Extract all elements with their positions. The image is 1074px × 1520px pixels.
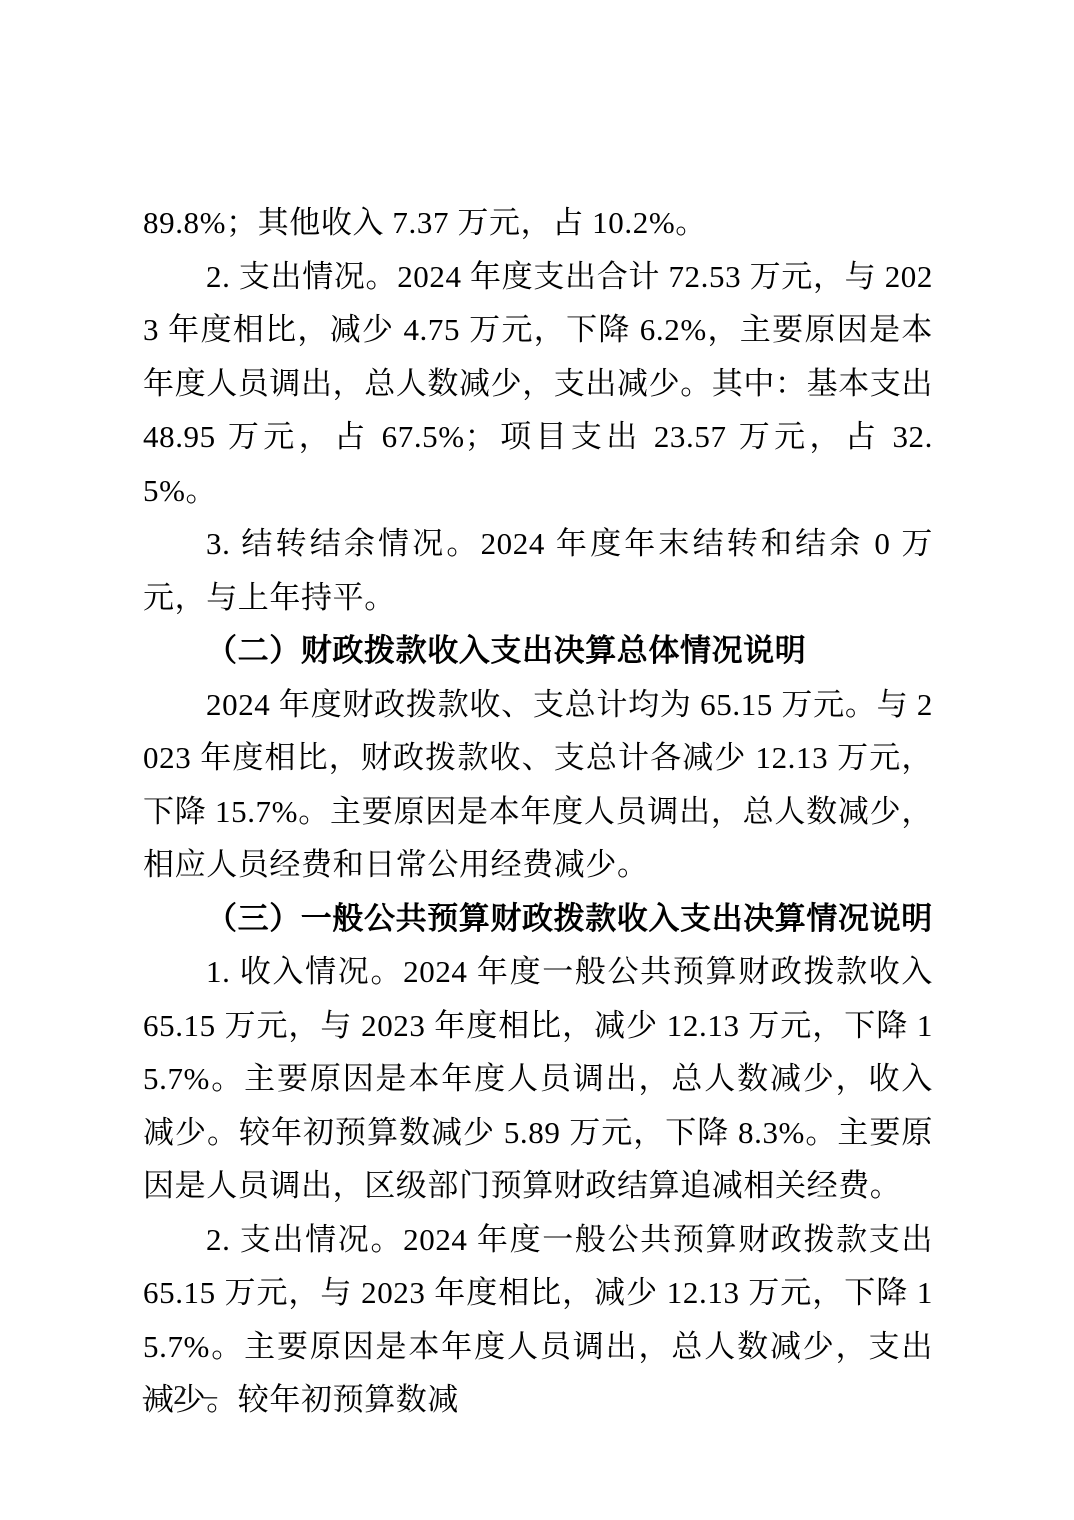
document-body: 89.8%；其他收入 7.37 万元，占 10.2%。 2. 支出情况。2024… (143, 196, 933, 1427)
section-heading-fiscal-appropriation: （二）财政拨款收入支出决算总体情况说明 (143, 624, 933, 678)
paragraph-general-budget-expenditure: 2. 支出情况。2024 年度一般公共预算财政拨款支出 65.15 万元，与 2… (143, 1213, 933, 1427)
paragraph-other-income: 89.8%；其他收入 7.37 万元，占 10.2%。 (143, 196, 933, 250)
paragraph-carryover-balance: 3. 结转结余情况。2024 年度年末结转和结余 0 万元，与上年持平。 (143, 517, 933, 624)
document-page: 89.8%；其他收入 7.37 万元，占 10.2%。 2. 支出情况。2024… (0, 0, 1074, 1520)
paragraph-fiscal-appropriation-overview: 2024 年度财政拨款收、支总计均为 65.15 万元。与 2023 年度相比，… (143, 678, 933, 892)
page-number: – 2 – (143, 1380, 222, 1411)
paragraph-expenditure-overview: 2. 支出情况。2024 年度支出合计 72.53 万元，与 2023 年度相比… (143, 250, 933, 518)
section-heading-general-public-budget: （三）一般公共预算财政拨款收入支出决算情况说明 (143, 892, 933, 946)
paragraph-general-budget-income: 1. 收入情况。2024 年度一般公共预算财政拨款收入 65.15 万元，与 2… (143, 945, 933, 1213)
